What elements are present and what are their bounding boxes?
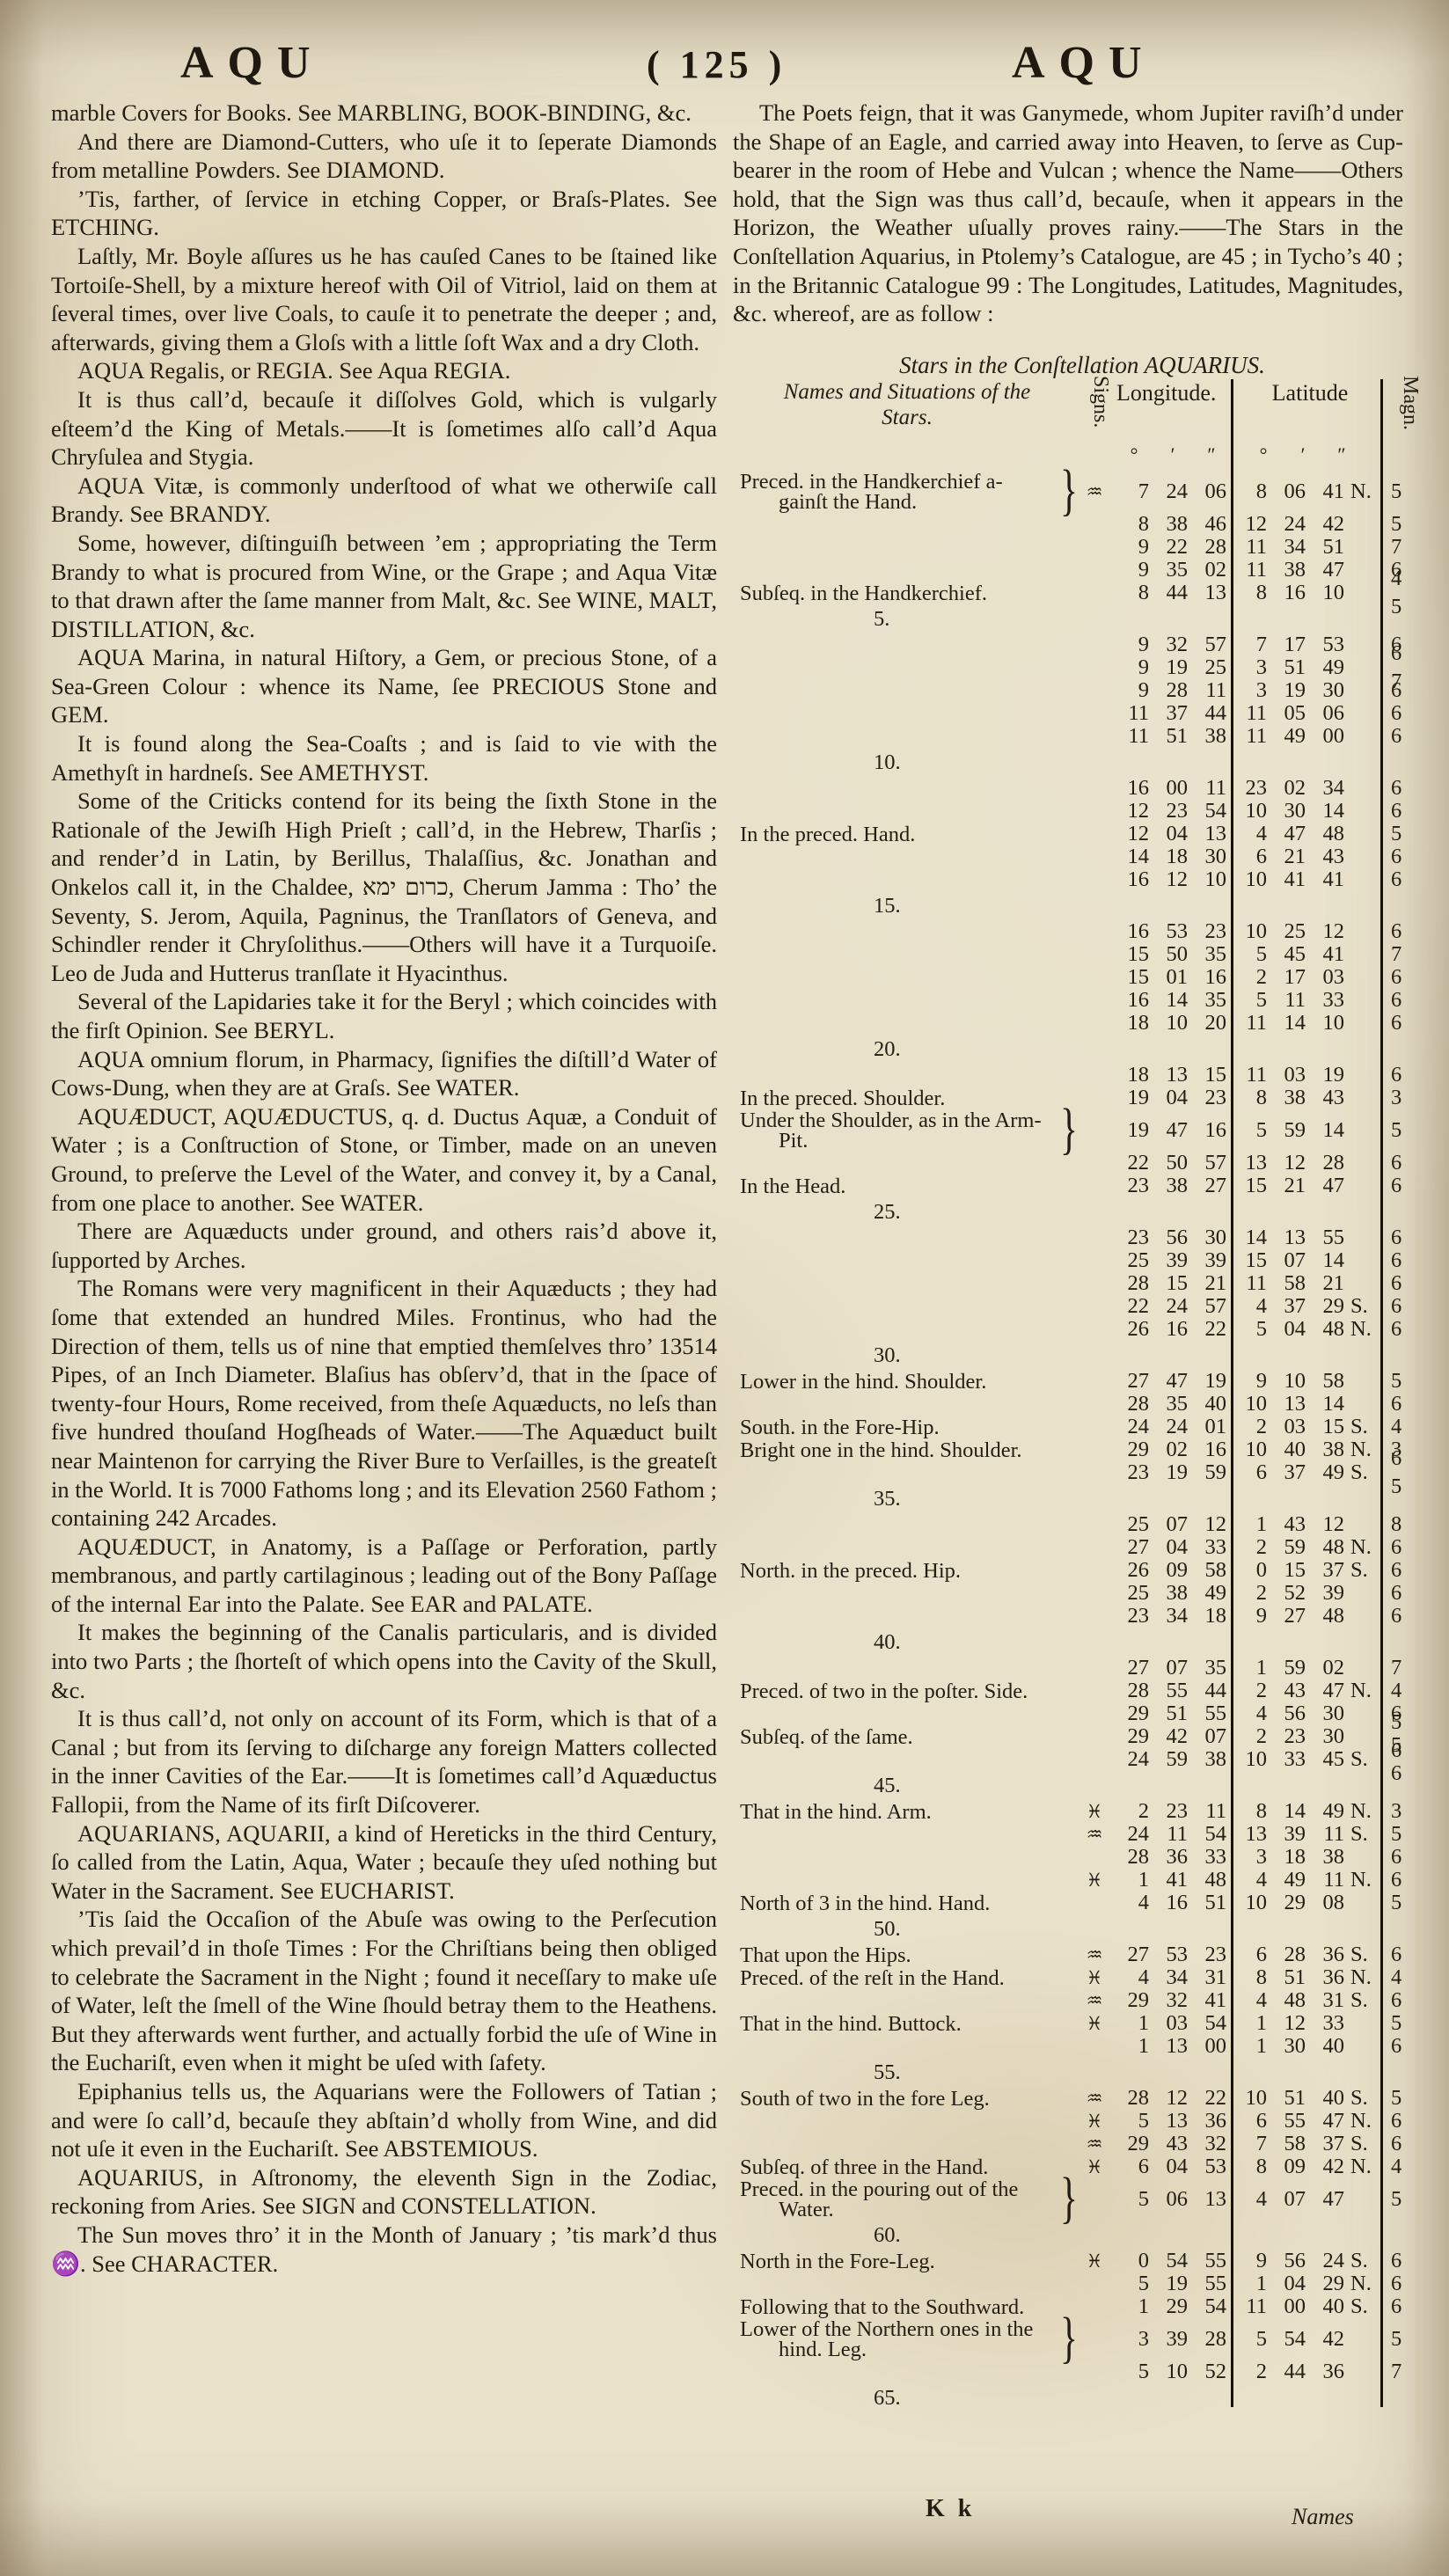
longitude-seconds: 10 [1192,866,1231,895]
paragraph: It is thus call’d, not only on account o… [51,1704,717,1819]
latitude-seconds: 43 [1310,1084,1349,1113]
pisces-sign-icon: ♓ [1074,2009,1115,2038]
latitude-direction: S. [1349,1459,1380,1488]
latitude-minutes: 41 [1271,866,1310,895]
table-row: Subſeq. of three in the Hand.♓6045380942… [740,2155,1424,2178]
latitude-minutes: 59 [1271,1116,1310,1145]
latitude-seconds: 36 [1310,2358,1349,2387]
table-row: North of 3 in the hind. Hand.41651102908… [740,1892,1424,1914]
star-name-line1: Bright one in the hind. Shoulder. [740,1438,1022,1462]
longitude-minutes: 24 [1153,478,1192,507]
longitude-seconds: 53 [1192,2153,1231,2182]
latitude-seconds: 47 [1310,2185,1349,2214]
longitude-minutes: 38 [1153,1172,1192,1201]
group-number: 50. [740,1915,901,1944]
latitude-direction: N. [1349,2153,1380,2182]
longitude-seconds: 51 [1192,1889,1231,1918]
latitude-degrees: 10 [1231,866,1271,895]
latitude-minutes: 49 [1271,722,1310,751]
pisces-sign-icon: ♓ [1074,1866,1115,1895]
brace-glyph: } [1060,2324,1078,2356]
running-head-right: AQU [1012,37,1156,89]
latitude-seconds: 08 [1310,1889,1349,1918]
longitude-degrees: 23 [1115,1459,1153,1488]
longitude-seconds: 52 [1192,2358,1231,2387]
longitude-minutes: 04 [1153,1084,1192,1113]
magnitude-value: 4 [1380,2153,1424,2182]
longitude-second-unit: ″ [1192,441,1231,470]
paragraph: AQUÆDUCT, in Anatomy, is a Paſſage or Pe… [51,1533,717,1619]
paragraph: AQUA Vitæ, is commonly underſtood of wha… [51,472,717,529]
magnitude-value: 5 [1380,1116,1424,1145]
latitude-minutes: 44 [1271,2358,1310,2387]
star-name: North of 3 in the hind. Hand. [740,1893,1074,1914]
latitude-direction: N. [1349,1677,1380,1706]
column-header-names: Names and Situations of the Stars. [740,379,1074,430]
paragraph: AQUA omnium florum, in Pharmacy, ſignifi… [51,1045,717,1102]
latitude-degrees: 10 [1231,1745,1271,1775]
latitude-seconds: 40 [1310,2293,1349,2322]
star-name: Lower of the Northern ones in thehind. L… [740,2319,1074,2360]
longitude-degrees: 5 [1115,2358,1153,2387]
paragraph: It is found along the Sea-Coaſts ; and i… [51,729,717,787]
right-column: The Poets feign, that it was Ganymede, w… [733,99,1403,2412]
table-row: 23195963749S.6 5 [740,1461,1424,1484]
star-name: That in the hind. Arm. [740,1802,1074,1822]
group-number: 5. [740,605,889,634]
latitude-minutes: 29 [1271,1889,1310,1918]
longitude-degrees: 8 [1115,579,1153,608]
paragraph: It makes the beginning of the Canalis pa… [51,1618,717,1704]
star-name-line1: Subſeq. of the ſame. [740,1725,913,1749]
longitude-degrees: 19 [1115,1084,1153,1113]
star-name-line1: North. in the preced. Hip. [740,1559,961,1583]
star-name-line1: In the preced. Hand. [740,823,915,846]
star-name-line1: That in the hind. Arm. [740,1800,932,1824]
star-name: Subſeq. of three in the Hand. [740,2157,1074,2177]
latitude-seconds: 40 [1310,2032,1349,2061]
latitude-minutes: 16 [1271,579,1310,608]
star-name-line1: Following that to the Southward. [740,2295,1024,2319]
paragraph: Some, however, diſtinguiſh between ’em ;… [51,529,717,643]
longitude-minutes: 16 [1153,1889,1192,1918]
star-name: In the preced. Hand. [740,824,1074,845]
paragraph: ’Tis, farther, of ſervice in etching Cop… [51,185,717,242]
latitude-minutes: 14 [1271,1009,1310,1038]
paragraph: The Poets feign, that it was Ganymede, w… [733,99,1403,328]
latitude-degrees: 8 [1231,478,1271,507]
star-name-line1: North in the Fore-Leg. [740,2250,935,2273]
star-name: Preced. in the pouring out of theWater.} [740,2179,1074,2220]
latitude-degrees: 5 [1231,1116,1271,1145]
paragraph: It is thus call’d, becauſe it diſſolves … [51,385,717,472]
magnitude-value: 6 [1380,1602,1424,1631]
latitude-degrees: 8 [1231,579,1271,608]
star-name: Following that to the Southward. [740,2297,1074,2317]
longitude-minutes: 39 [1153,2325,1192,2354]
longitude-degrees: 6 [1115,2153,1153,2182]
group-number: 15. [740,892,901,921]
longitude-degrees: 18 [1115,1009,1153,1038]
longitude-minutes: 34 [1153,1602,1192,1631]
table-grid: Names and Situations of the Stars. Signs… [740,379,1424,2412]
column-rule-longitude-latitude [1231,379,1233,2407]
longitude-degrees: 3 [1115,2325,1153,2354]
latitude-minutes: 04 [1271,1315,1310,1344]
longitude-minutes: 04 [1153,2153,1192,2182]
longitude-minutes: 59 [1153,1745,1192,1775]
table-header: Names and Situations of the Stars. Signs… [740,379,1424,471]
longitude-minutes: 51 [1153,722,1192,751]
longitude-minutes: 10 [1153,2358,1192,2387]
magnitude-value: 5 [1380,1889,1424,1918]
paragraph: AQUARIUS, in Aſtronomy, the eleventh Sig… [51,2163,717,2221]
latitude-degrees: 8 [1231,1084,1271,1113]
star-name: Under the Shoulder, as in the Arm-Pit.} [740,1110,1074,1151]
latitude-degrees: 11 [1231,2293,1271,2322]
table-group-label: 55. [740,2058,1424,2087]
longitude-seconds: 13 [1192,2185,1231,2214]
star-name-line1: North of 3 in the hind. Hand. [740,1892,990,1915]
group-number: 30. [740,1342,901,1371]
brace-glyph: } [1060,2184,1078,2216]
star-name-line2: Water. [740,2199,1074,2220]
star-name-line1: That upon the Hips. [740,1943,911,1967]
latitude-minutes: 37 [1271,1459,1310,1488]
pisces-sign-icon: ♓ [1074,2247,1115,2276]
latitude-minutes: 07 [1271,2185,1310,2214]
latitude-minutes: 38 [1271,1084,1310,1113]
paragraph: And there are Diamond-Cutters, who uſe i… [51,128,717,185]
latitude-seconds: 45 [1310,1745,1349,1775]
latitude-degrees: 1 [1231,2032,1271,2061]
table-group-label: 5. [740,604,1424,633]
star-name-line1: Subſeq. in the Handkerchief. [740,582,987,605]
group-number: 10. [740,749,901,778]
table-group-label: 45. [740,1771,1424,1800]
encyclopedia-page: AQU ( 125 ) AQU marble Covers for Books.… [0,0,1449,2576]
longitude-minutes: 16 [1153,1315,1192,1344]
latitude-direction: N. [1349,478,1380,507]
latitude-degrees: 5 [1231,1315,1271,1344]
latitude-minutes: 30 [1271,2032,1310,2061]
star-name: Subſeq. in the Handkerchief. [740,583,1074,604]
table-group-label: 10. [740,748,1424,777]
latitude-degrees: 11 [1231,1009,1271,1038]
latitude-seconds: 00 [1310,722,1349,751]
magnitude-value: 6 [1380,866,1424,895]
table-group-label: 50. [740,1914,1424,1943]
longitude-minutes: 06 [1153,2185,1192,2214]
table-group-label: 25. [740,1197,1424,1226]
latitude-seconds: 48 [1310,1315,1349,1344]
longitude-minutes: 19 [1153,1459,1192,1488]
names-header-line1: Names and Situations of the [784,380,1031,404]
star-name: North. in the preced. Hip. [740,1561,1074,1581]
page-number: ( 125 ) [647,42,787,87]
group-number: 40. [740,1628,901,1658]
latitude-minutes: 27 [1271,1602,1310,1631]
table-row: In the Head.2338271521476 [740,1175,1424,1197]
longitude-degrees: 24 [1115,1745,1153,1775]
longitude-degrees: 11 [1115,722,1153,751]
longitude-seconds: 00 [1192,2032,1231,2061]
star-name: North in the Fore-Leg. [740,2251,1074,2272]
latitude-degrees: 10 [1231,1889,1271,1918]
paragraph: AQUA Regalis, or REGIA. See Aqua REGIA. [51,356,717,385]
table-row: 26162250448N.6 [740,1318,1424,1341]
magnitude-value: 6 [1380,722,1424,751]
longitude-seconds: 13 [1192,579,1231,608]
magnitude-value: 7 [1380,2358,1424,2387]
star-name-line1: In the Head. [740,1175,845,1198]
paragraph: Some of the Criticks contend for its bei… [51,787,717,987]
paragraph: The Sun moves thro’ it in the Month of J… [51,2221,717,2278]
longitude-minutes: 47 [1153,1116,1192,1145]
star-name-line1: South of two in the fore Leg. [740,2087,990,2111]
paragraph: ’Tis ſaid the Occaſion of the Abuſe was … [51,1905,717,2077]
longitude-degrees: 23 [1115,1602,1153,1631]
latitude-degrees: 9 [1231,1602,1271,1631]
brace-glyph: } [1060,1116,1078,1147]
star-name-line1: Preced. of two in the poſter. Side. [740,1680,1028,1703]
latitude-minutes: 33 [1271,1745,1310,1775]
table-row: 233418927486 [740,1605,1424,1628]
magnitude-value: 6 5 [1380,1445,1424,1502]
longitude-degrees: 5 [1115,2185,1153,2214]
longitude-seconds: 27 [1192,1172,1231,1201]
latitude-seconds: 47 [1310,1172,1349,1201]
table-row: Subſeq. in the Handkerchief.84413816104 … [740,582,1424,604]
signature-mark: K k [926,2495,975,2523]
longitude-seconds: 23 [1192,1084,1231,1113]
paragraph: There are Aquæducts under ground, and ot… [51,1217,717,1274]
latitude-degrees: 11 [1231,722,1271,751]
star-name-line1: That in the hind. Buttock. [740,2012,962,2036]
group-number: 55. [740,2059,901,2088]
longitude-minutes: 29 [1153,2293,1192,2322]
longitude-seconds: 16 [1192,1116,1231,1145]
group-number: 35. [740,1485,901,1514]
star-name: Preced. of two in the poſter. Side. [740,1681,1074,1701]
magnitude-value: 6 [1380,1009,1424,1038]
magnitude-value: 6 [1380,2032,1424,2061]
table-group-label: 15. [740,891,1424,920]
latitude-seconds: 42 [1310,2325,1349,2354]
star-name: Bright one in the hind. Shoulder. [740,1440,1074,1460]
magnitude-value: 6 [1380,2293,1424,2322]
latitude-degree-unit: ° [1243,441,1284,470]
star-name: In the preced. Shoulder. [740,1088,1074,1109]
table-group-label: 20. [740,1035,1424,1064]
table-group-label: 40. [740,1628,1424,1657]
longitude-degree-unit: ° [1115,441,1153,470]
magnitude-value: 3 [1380,1084,1424,1113]
longitude-degrees: 1 [1115,2032,1153,2061]
longitude-minute-unit: ′ [1153,441,1192,470]
latitude-seconds: 10 [1310,579,1349,608]
table-row: 1151381149006 [740,725,1424,748]
latitude-seconds: 42 [1310,2153,1349,2182]
column-rule-latitude-magnitude [1380,379,1383,2407]
longitude-minutes: 44 [1153,579,1192,608]
star-table: Stars in the Conſtellation AQUARIUS. Nam… [740,351,1424,2413]
star-name: South. in the Fore-Hip. [740,1417,1074,1438]
latitude-degrees: 5 [1231,2325,1271,2354]
longitude-seconds: 59 [1192,1459,1231,1488]
paragraph: AQUÆDUCT, AQUÆDUCTUS, q. d. Ductus Aquæ,… [51,1102,717,1217]
latitude-degrees: 15 [1231,1172,1271,1201]
group-number: 25. [740,1198,901,1227]
table-row: Preced. in the pouring out of theWater.}… [740,2178,1424,2221]
latitude-seconds: 10 [1310,1009,1349,1038]
column-header-latitude: Latitude [1240,379,1380,408]
table-row: Under the Shoulder, as in the Arm-Pit.}1… [740,1109,1424,1152]
latitude-degrees: 4 [1231,2185,1271,2214]
paragraph: AQUA Marina, in natural Hiſtory, a Gem, … [51,643,717,729]
longitude-degrees: 26 [1115,1315,1153,1344]
star-name-line1: Subſeq. of three in the Hand. [740,2155,988,2179]
paragraph: Several of the Lapidaries take it for th… [51,987,717,1044]
latitude-minutes: 00 [1271,2293,1310,2322]
aquarius-sign-icon: ♒ [1074,1820,1115,1849]
group-number: 65. [740,2384,901,2413]
longitude-degrees: 4 [1115,1889,1153,1918]
column-header-signs: Signs. [1076,376,1115,508]
magnitude-value: 5 6 [1380,1731,1424,1789]
latitude-direction: S. [1349,1745,1380,1775]
column-header-longitude: Longitude. [1116,379,1231,408]
paragraph: Laſtly, Mr. Boyle aſſures us he has cauſ… [51,242,717,356]
latitude-second-unit: ″ [1322,441,1361,470]
magnitude-value: 4 5 [1380,565,1424,622]
star-name-line2: hind. Leg. [740,2339,1074,2360]
star-name: Preced. of the reſt in the Hand. [740,1968,1074,1988]
table-row: 245938103345S.5 6 [740,1748,1424,1771]
longitude-seconds: 20 [1192,1009,1231,1038]
latitude-degrees: 6 [1231,1459,1271,1488]
group-number: 60. [740,2221,901,2250]
latitude-direction: N. [1349,1866,1380,1895]
magnitude-value: 5 [1380,2325,1424,2354]
star-name: Lower in the hind. Shoulder. [740,1372,1074,1392]
longitude-seconds: 18 [1192,1602,1231,1631]
table-row: In the preced. Shoulder.190423838433 [740,1087,1424,1109]
longitude-seconds: 28 [1192,2325,1231,2354]
latitude-minutes: 21 [1271,1172,1310,1201]
longitude-seconds: 22 [1192,1315,1231,1344]
latitude-direction: S. [1349,1987,1380,2016]
latitude-degrees: 8 [1231,2153,1271,2182]
longitude-seconds: 38 [1192,722,1231,751]
star-name-line2: gainſt the Hand. [740,492,1074,512]
paragraph: AQUARIANS, AQUARII, a kind of Hereticks … [51,1819,717,1906]
table-group-label: 35. [740,1484,1424,1513]
paragraph: Epiphanius tells us, the Aquarians were … [51,2077,717,2163]
longitude-seconds: 06 [1192,478,1231,507]
latitude-seconds: 48 [1310,1602,1349,1631]
star-name-line1: South. in the Fore-Hip. [740,1416,940,1439]
table-group-label: 65. [740,2383,1424,2412]
right-column-text: The Poets feign, that it was Ganymede, w… [733,99,1403,328]
magnitude-value: 5 [1380,2185,1424,2214]
latitude-seconds: 14 [1310,1116,1349,1145]
latitude-seconds: 41 [1310,866,1349,895]
longitude-minutes: 13 [1153,2032,1192,2061]
star-name-line1: Lower in the hind. Shoulder. [740,1370,986,1394]
latitude-minutes: 54 [1271,2325,1310,2354]
table-row: 1612101041416 [740,868,1424,891]
group-number: 20. [740,1036,901,1065]
star-name-line1: In the preced. Shoulder. [740,1087,945,1110]
longitude-minutes: 10 [1153,1009,1192,1038]
magnitude-value: 6 [1380,1315,1424,1344]
paragraph: The Romans were very magnificent in thei… [51,1274,717,1532]
table-row: Lower of the Northern ones in thehind. L… [740,2318,1424,2360]
table-row: 1810201114106 [740,1012,1424,1035]
star-name: Subſeq. of the ſame. [740,1727,1074,1747]
brace-glyph: } [1060,477,1078,509]
latitude-direction: S. [1349,2293,1380,2322]
longitude-degrees: 7 [1115,478,1153,507]
group-number: 45. [740,1772,901,1801]
star-name: Preced. in the Handkerchief a-gainſt the… [740,472,1074,512]
table-group-label: 30. [740,1341,1424,1370]
latitude-seconds: 49 [1310,1459,1349,1488]
star-name: That in the hind. Buttock. [740,2014,1074,2034]
latitude-direction: S. [1349,1556,1380,1585]
latitude-seconds: 41 [1310,478,1349,507]
latitude-minute-unit: ′ [1284,441,1322,470]
longitude-seconds: 54 [1192,2293,1231,2322]
table-row: Following that to the Southward.12954110… [740,2295,1424,2318]
table-row: 11300130406 [740,2035,1424,2058]
pisces-sign-icon: ♓ [1074,2153,1115,2182]
star-name: In the Head. [740,1176,1074,1197]
latitude-degrees: 2 [1231,2358,1271,2387]
longitude-seconds: 38 [1192,1745,1231,1775]
table-body: Preced. in the Handkerchief a-gainſt the… [740,471,1424,2412]
running-head-left: AQU [180,37,325,89]
star-name-line2: Pit. [740,1131,1074,1151]
star-name: That upon the Hips. [740,1945,1074,1965]
latitude-direction: S. [1349,1820,1380,1849]
left-column: marble Covers for Books. See MARBLING, B… [51,99,717,2278]
longitude-degrees: 1 [1115,2293,1153,2322]
magnitude-value: 6 [1380,1172,1424,1201]
longitude-minutes: 12 [1153,866,1192,895]
star-name-line1: Preced. of the reſt in the Hand. [740,1966,1005,1990]
names-header-line2: Stars. [882,406,933,429]
longitude-degrees: 16 [1115,866,1153,895]
catchword: Names [1292,2504,1354,2530]
paragraph: marble Covers for Books. See MARBLING, B… [51,99,717,128]
table-row: 51052244367 [740,2360,1424,2383]
longitude-degrees: 23 [1115,1172,1153,1201]
longitude-degrees: 19 [1115,1116,1153,1145]
star-name: South of two in the fore Leg. [740,2089,1074,2109]
table-group-label: 60. [740,2221,1424,2250]
latitude-minutes: 06 [1271,478,1310,507]
latitude-minutes: 09 [1271,2153,1310,2182]
latitude-direction: N. [1349,1315,1380,1344]
